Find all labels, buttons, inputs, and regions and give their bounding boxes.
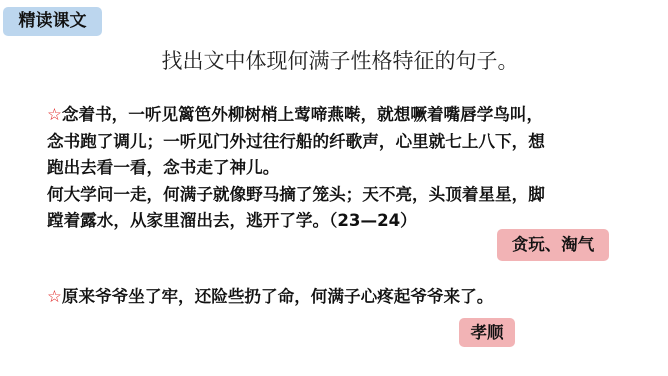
quote-1: ☆念着书，一听见篱笆外柳树梢上莺啼燕啭，就想噘着嘴唇学鸟叫， 念书跑了调儿；一听… [47, 102, 647, 235]
quote-2: ☆原来爷爷坐了牢，还险些扔了命，何满子心疼起爷爷来了。 [47, 284, 647, 311]
quote-line: ☆念着书，一听见篱笆外柳树梢上莺啼燕啭，就想噘着嘴唇学鸟叫， [47, 102, 647, 129]
star-icon: ☆ [47, 287, 62, 306]
star-icon: ☆ [47, 105, 62, 124]
section-tag: 精读课文 [3, 7, 102, 36]
quote-line: 何大学问一走，何满子就像野马摘了笼头；天不亮，头顶着星星，脚 [47, 182, 647, 209]
quote-line: 念书跑了调儿；一听见门外过往行船的纤歌声，心里就七上八下，想 [47, 129, 647, 156]
quote-line: 跑出去看一看，念书走了神儿。 [47, 155, 647, 182]
trait-badge: 孝顺 [459, 318, 515, 347]
slide-title: 找出文中体现何满子性格特征的句子。 [0, 45, 668, 77]
trait-badge: 贪玩、淘气 [497, 229, 609, 261]
quote-line: ☆原来爷爷坐了牢，还险些扔了命，何满子心疼起爷爷来了。 [47, 284, 647, 311]
